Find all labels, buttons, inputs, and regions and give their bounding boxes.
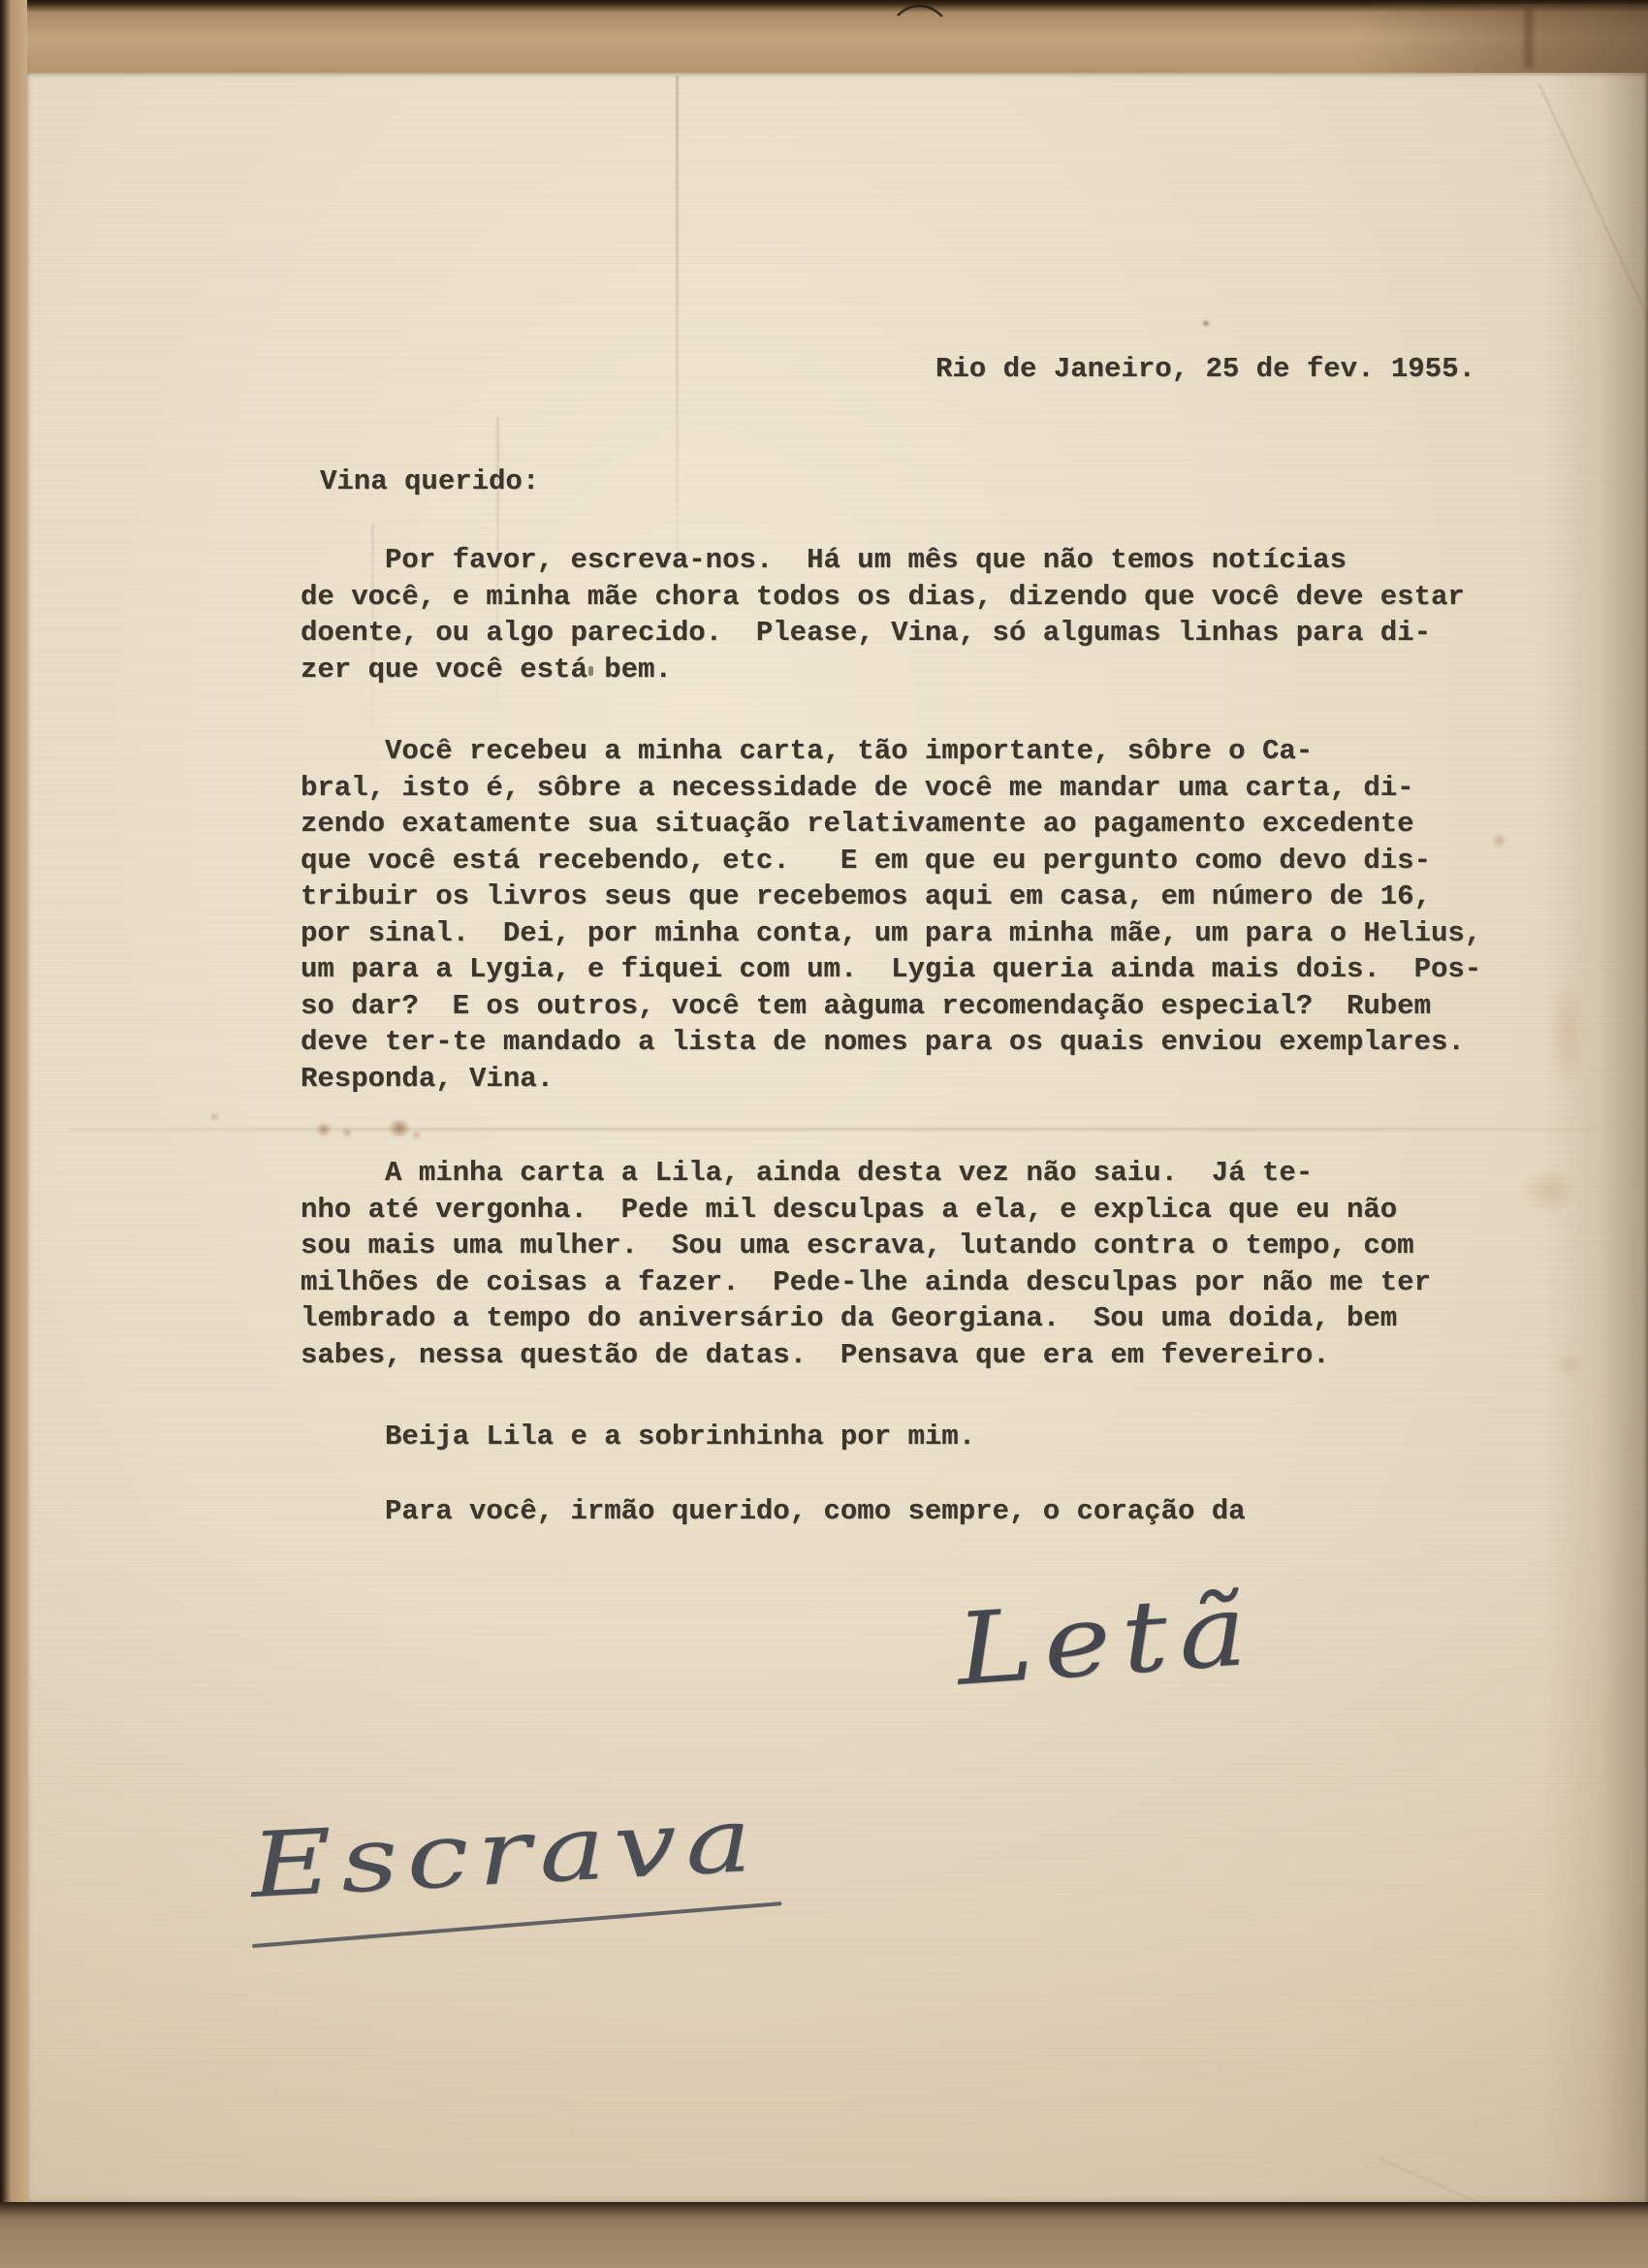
- cardboard-backing-left: [0, 0, 27, 2268]
- stain: [1520, 1168, 1578, 1213]
- letter-page: Rio de Janeiro, 25 de fev. 1955. Vina qu…: [27, 73, 1648, 2203]
- stain: [315, 1123, 333, 1136]
- closing-line-heart: Para você, irmão querido, como sempre, o…: [301, 1493, 1246, 1530]
- speck: [1203, 321, 1209, 326]
- paragraph-3: A minha carta a Lila, ainda desta vez nã…: [301, 1155, 1431, 1373]
- paragraph-2: Você recebeu a minha carta, tão importan…: [301, 733, 1481, 1097]
- handwritten-signature: Letã: [953, 1572, 1261, 1708]
- closing-line-kiss: Beija Lila e a sobrinhinha por mim.: [301, 1419, 975, 1455]
- stain: [1491, 834, 1507, 847]
- stain: [341, 1128, 353, 1137]
- stain: [411, 1131, 422, 1139]
- salutation: Vina querido:: [320, 463, 539, 500]
- paragraph-1: Por favor, escreva-nos. Há um mês que nã…: [301, 542, 1465, 687]
- cardboard-top-shadow: [1357, 4, 1648, 74]
- cardboard-streak: [1524, 6, 1534, 68]
- cardboard-backing-bottom: [0, 2202, 1648, 2268]
- stain: [209, 1112, 219, 1121]
- dateline: Rio de Janeiro, 25 de fev. 1955.: [935, 351, 1475, 388]
- stain: [1549, 974, 1588, 1091]
- stain: [386, 1120, 413, 1136]
- fiber-mark: [892, 0, 952, 23]
- stain: [1555, 1353, 1584, 1376]
